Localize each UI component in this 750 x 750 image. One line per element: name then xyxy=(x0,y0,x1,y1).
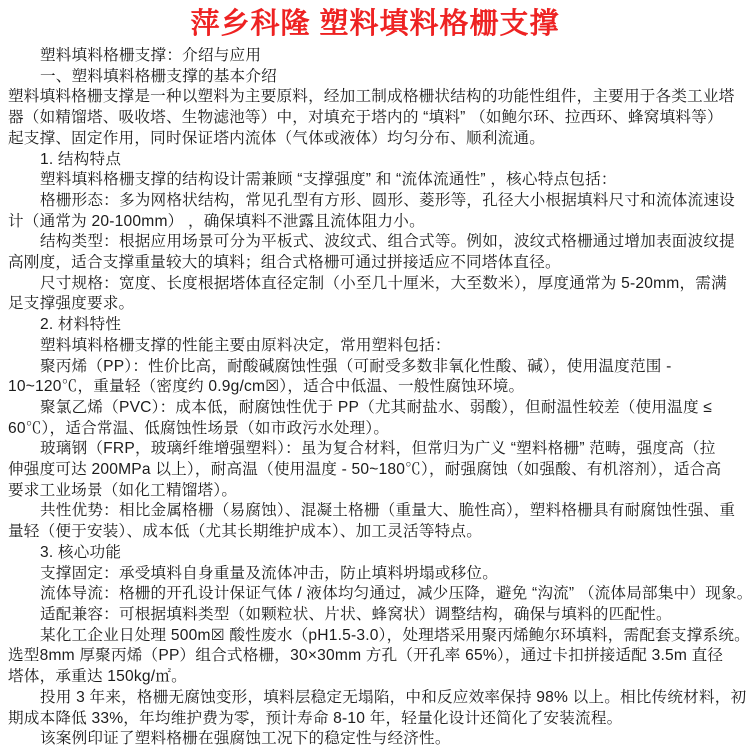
text-line: 高刚度，适合支撑重量较大的填料；组合式格栅可通过拼接适应不同塔体直径。 xyxy=(8,253,746,274)
text-line: 足支撑强度要求。 xyxy=(8,294,746,315)
text-line: 支撑固定：承受填料自身重量及流体冲击，防止填料坍塌或移位。 xyxy=(8,564,746,585)
text-line: 一、塑料填料格栅支撑的基本介绍 xyxy=(8,67,746,88)
text-line: 适配兼容：可根据填料类型（如颗粒状、片状、蜂窝状）调整结构，确保与填料的匹配性。 xyxy=(8,605,746,626)
text-line: 计（通常为 20-100mm） ，确保填料不泄露且流体阻力小。 xyxy=(8,212,746,233)
text-line: 聚丙烯（PP）：性价比高，耐酸碱腐蚀性强（可耐受多数非氧化性酸、碱），使用温度范… xyxy=(8,357,746,378)
text-line: 流体导流：格栅的开孔设计保证气体 / 液体均匀通过，减少压降，避免 “沟流” （… xyxy=(8,584,746,605)
text-line: 60℃），适合常温、低腐蚀性场景（如市政污水处理）。 xyxy=(8,419,746,440)
page-title: 萍乡科隆 塑料填料格栅支撑 xyxy=(0,6,750,42)
text-line: 期成本降低 33%，年均维护费为零，预计寿命 8-10 年，轻量化设计还简化了安… xyxy=(8,709,746,730)
text-line: 某化工企业日处理 500m☒ 酸性废水（pH1.5-3.0），处理塔采用聚丙烯鲍… xyxy=(8,626,746,647)
document-page: 萍乡科隆 塑料填料格栅支撑 塑料填料格栅支撑：介绍与应用一、塑料填料格栅支撑的基… xyxy=(0,0,750,750)
text-line: 结构类型：根据应用场景可分为平板式、波纹式、组合式等。例如，波纹式格栅通过增加表… xyxy=(8,232,746,253)
text-line: 伸强度可达 200MPa 以上），耐高温（使用温度 - 50~180℃），耐强腐… xyxy=(8,460,746,481)
text-line: 塔体，承重达 150kg/㎡。 xyxy=(8,667,746,688)
text-line: 格栅形态：多为网格状结构，常见孔型有方形、圆形、菱形等，孔径大小根据填料尺寸和流… xyxy=(8,191,746,212)
text-line: 量轻（便于安装）、成本低（尤其长期维护成本）、加工灵活等特点。 xyxy=(8,522,746,543)
text-line: 塑料填料格栅支撑是一种以塑料为主要原料，经加工制成格栅状结构的功能性组件，主要用… xyxy=(8,87,746,108)
text-line: 塑料填料格栅支撑的结构设计需兼顾 “支撑强度” 和 “流体流通性” ，核心特点包… xyxy=(8,170,746,191)
text-line: 10~120℃，重量轻（密度约 0.9g/cm☒），适合中低温、一般性腐蚀环境。 xyxy=(8,377,746,398)
text-line: 选型8mm 厚聚丙烯（PP）组合式格栅，30×30mm 方孔（开孔率 65%），… xyxy=(8,646,746,667)
text-line: 塑料填料格栅支撑：介绍与应用 xyxy=(8,46,746,67)
text-line: 尺寸规格：宽度、长度根据塔体直径定制（小至几十厘米，大至数米），厚度通常为 5-… xyxy=(8,274,746,295)
text-line: 共性优势：相比金属格栅（易腐蚀）、混凝土格栅（重量大、脆性高），塑料格栅具有耐腐… xyxy=(8,501,746,522)
document-body: 塑料填料格栅支撑：介绍与应用一、塑料填料格栅支撑的基本介绍塑料填料格栅支撑是一种… xyxy=(0,44,750,750)
text-line: 2. 材料特性 xyxy=(8,315,746,336)
text-line: 塑料填料格栅支撑的性能主要由原料决定，常用塑料包括： xyxy=(8,336,746,357)
text-line: 玻璃钢（FRP，玻璃纤维增强塑料）：虽为复合材料，但常归为广义 “塑料格栅” 范… xyxy=(8,439,746,460)
text-line: 3. 核心功能 xyxy=(8,543,746,564)
text-line: 聚氯乙烯（PVC）：成本低，耐腐蚀性优于 PP（尤其耐盐水、弱酸），但耐温性较差… xyxy=(8,398,746,419)
text-line: 该案例印证了塑料格栅在强腐蚀工况下的稳定性与经济性。 xyxy=(8,729,746,750)
text-line: 起支撑、固定作用，同时保证塔内流体（气体或液体）均匀分布、顺利流通。 xyxy=(8,129,746,150)
text-line: 1. 结构特点 xyxy=(8,150,746,171)
text-line: 要求工业场景（如化工精馏塔）。 xyxy=(8,481,746,502)
text-line: 器（如精馏塔、吸收塔、生物滤池等）中，对填充于塔内的 “填料” （如鲍尔环、拉西… xyxy=(8,108,746,129)
text-line: 投用 3 年来，格栅无腐蚀变形，填料层稳定无塌陷，中和反应效率保持 98% 以上… xyxy=(8,688,746,709)
